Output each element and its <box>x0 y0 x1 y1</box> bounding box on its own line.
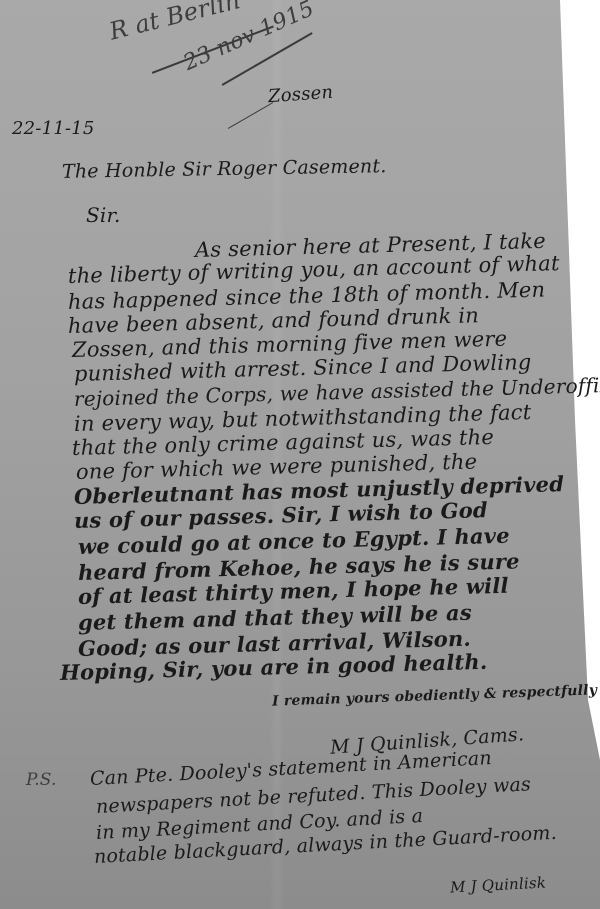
letter-date: 22-11-15 <box>12 118 94 139</box>
postscript-label: P.S. <box>26 770 57 790</box>
letter-salutation: Sir. <box>86 203 121 227</box>
letter-page: R at Berlin 23 nov 1915 Zossen 22-11-15 … <box>0 0 600 909</box>
